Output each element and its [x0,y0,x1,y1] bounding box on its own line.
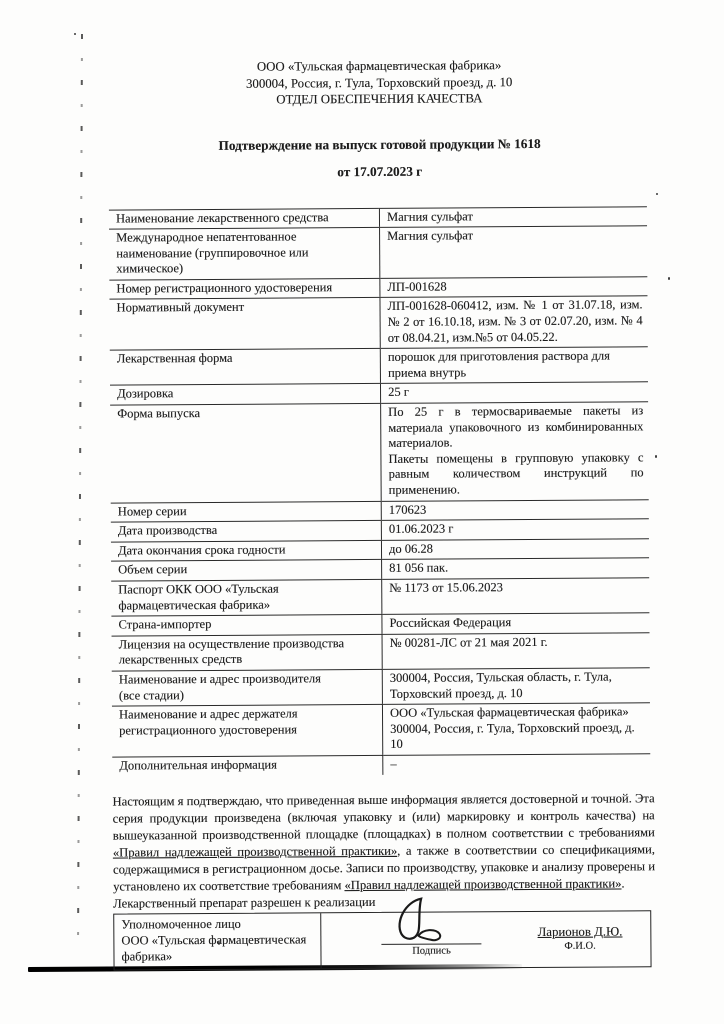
table-row: Наименование и адрес держателя регистрац… [112,703,650,757]
scanned-document-page: ООО «Тульская фармацевтическая фабрика» … [0,0,724,1024]
authorized-person-cell: Уполномоченное лицо ООО «Тульская фармац… [114,913,321,969]
gmp-reference-underlined: «Правил надлежащей производственной прак… [113,843,400,859]
scan-speck [656,193,658,195]
row-value: По 25 г в термосвариваемые пакеты из мат… [381,402,649,501]
row-label: Наименование лекарственного средства [109,208,380,229]
row-label: Дата производства [111,521,382,542]
row-label: Номер регистрационного удостоверения [109,278,380,299]
table-row: Лекарственная форма порошок для приготов… [110,347,648,385]
row-label: Дозировка [110,384,381,405]
document-content: ООО «Тульская фармацевтическая фабрика» … [108,56,656,970]
row-label: Страна-импортер [111,615,382,636]
row-label: Номер серии [111,501,382,522]
row-value: 300004, Россия, Тульская область, г. Тул… [382,668,650,705]
declaration-paragraph: Настоящим я подтверждаю, что приведенная… [112,790,655,895]
row-label: Наименование и адрес производителя (все … [112,669,383,706]
row-label: Нормативный документ [109,298,380,350]
gmp-reference-underlined: «Правил надлежащей производственной прак… [344,876,621,892]
table-row: Наименование и адрес производителя (все … [112,668,650,706]
row-value: ООО «Тульская фармацевтическая фабрика» … [382,703,650,755]
row-label: Наименование и адрес держателя регистрац… [112,705,383,757]
left-margin-perforation-marks [77,34,83,954]
table-row: Международное непатентованное наименован… [109,226,647,280]
signature-caption: Подпись [381,945,481,957]
declaration-text: Настоящим я подтверждаю, что приведенная… [112,791,654,842]
signature-cell: Подпись Ларионов Д.Ю. Ф.И.О. [321,911,650,968]
row-value: до 06.28 [381,539,649,560]
row-value: № 1173 от 15.06.2023 [382,578,650,615]
row-label: Форма выпуска [110,403,381,502]
signature-icon [387,895,483,950]
release-statement: Лекарственный препарат разрешен к реализ… [113,892,655,912]
row-value: – [383,754,651,775]
signatory-name-caption: Ф.И.О. [538,940,623,952]
row-value: 170623 [381,499,649,520]
row-value: Магния сульфат [379,206,647,227]
scan-speck [655,455,657,458]
row-value: Магния сульфат [380,226,648,278]
product-details-table: Наименование лекарственного средства Маг… [109,206,650,776]
letterhead: ООО «Тульская фармацевтическая фабрика» … [108,56,650,109]
row-label: Лицензия на осуществление производства л… [112,634,383,671]
table-row: Лицензия на осуществление производства л… [112,633,650,671]
signatory: Ларионов Д.Ю. Ф.И.О. [538,924,623,952]
table-row: Дополнительная информация – [112,754,650,776]
row-label: Дата окончания срока годности [111,540,382,561]
row-value: ЛП-001628 [380,277,648,298]
scan-speck [668,277,670,280]
row-value: ЛП-001628-060412, изм. № 1 от 31.07.18, … [380,296,648,348]
row-value: Российская Федерация [382,613,650,634]
department-name: ОТДЕЛ ОБЕСПЕЧЕНИЯ КАЧЕСТВА [108,89,650,109]
row-label: Международное непатентованное наименован… [109,228,380,280]
row-value: порошок для приготовления раствора для п… [380,347,648,384]
row-value: 25 г [380,382,648,403]
table-row: Форма выпуска По 25 г в термосвариваемые… [110,402,649,503]
row-label: Паспорт ОКК ООО «Тульская фармацевтическ… [111,579,382,616]
row-label: Объем серии [111,560,382,581]
row-label: Дополнительная информация [112,755,383,776]
document-date: от 17.07.2023 г [109,162,651,181]
signature-block: Уполномоченное лицо ООО «Тульская фармац… [113,910,651,970]
row-label: Лекарственная форма [110,349,381,386]
declaration-text: . [621,876,624,890]
row-value: № 00281-ЛС от 21 мая 2021 г. [382,633,650,670]
scan-speck [74,33,76,35]
document-title: Подтверждение на выпуск готовой продукци… [108,135,650,154]
row-value: 81 056 пак. [382,558,650,579]
signatory-name: Ларионов Д.Ю. [538,924,623,940]
table-row: Нормативный документ ЛП-001628-060412, и… [109,296,647,350]
table-row: Паспорт ОКК ООО «Тульская фармацевтическ… [111,578,649,616]
row-value: 01.06.2023 г [381,519,649,540]
